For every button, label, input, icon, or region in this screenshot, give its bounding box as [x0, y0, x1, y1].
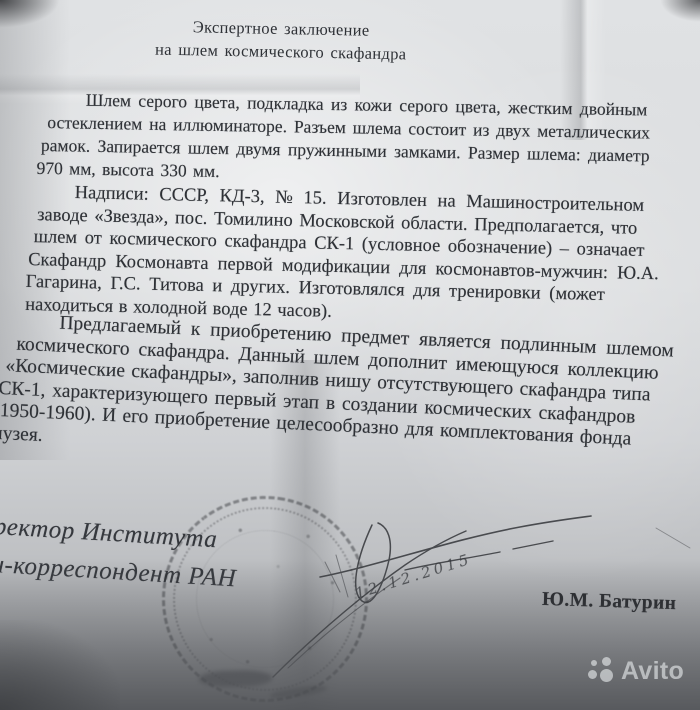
paragraph-description: Шлем серого цвета, подкладка из кожи сер…: [44, 88, 650, 191]
avito-logo-dot: [600, 669, 613, 682]
signer-name: Ю.М. Батурин: [542, 589, 677, 615]
avito-watermark-label: Avito: [621, 657, 684, 686]
paper-sheet: Экспертное заключение на шлем космическо…: [0, 0, 700, 710]
avito-logo-dot: [602, 657, 611, 666]
document-photo: Экспертное заключение на шлем космическо…: [0, 0, 700, 710]
document-title: Экспертное заключение на шлем космическо…: [0, 12, 562, 69]
paragraph-inscriptions: Надписи: СССР, КД-3, № 15. Изготовлен на…: [27, 181, 661, 330]
avito-watermark: Avito: [586, 656, 684, 686]
avito-logo-dot: [588, 670, 597, 679]
avito-logo-dot: [591, 660, 597, 666]
paragraph-conclusion: Предлагаемый к приобретению предмет явля…: [0, 310, 674, 475]
photo-corner-shadow: [660, 0, 700, 22]
photo-corner-shadow: [0, 620, 120, 710]
avito-logo-icon: [586, 656, 616, 686]
